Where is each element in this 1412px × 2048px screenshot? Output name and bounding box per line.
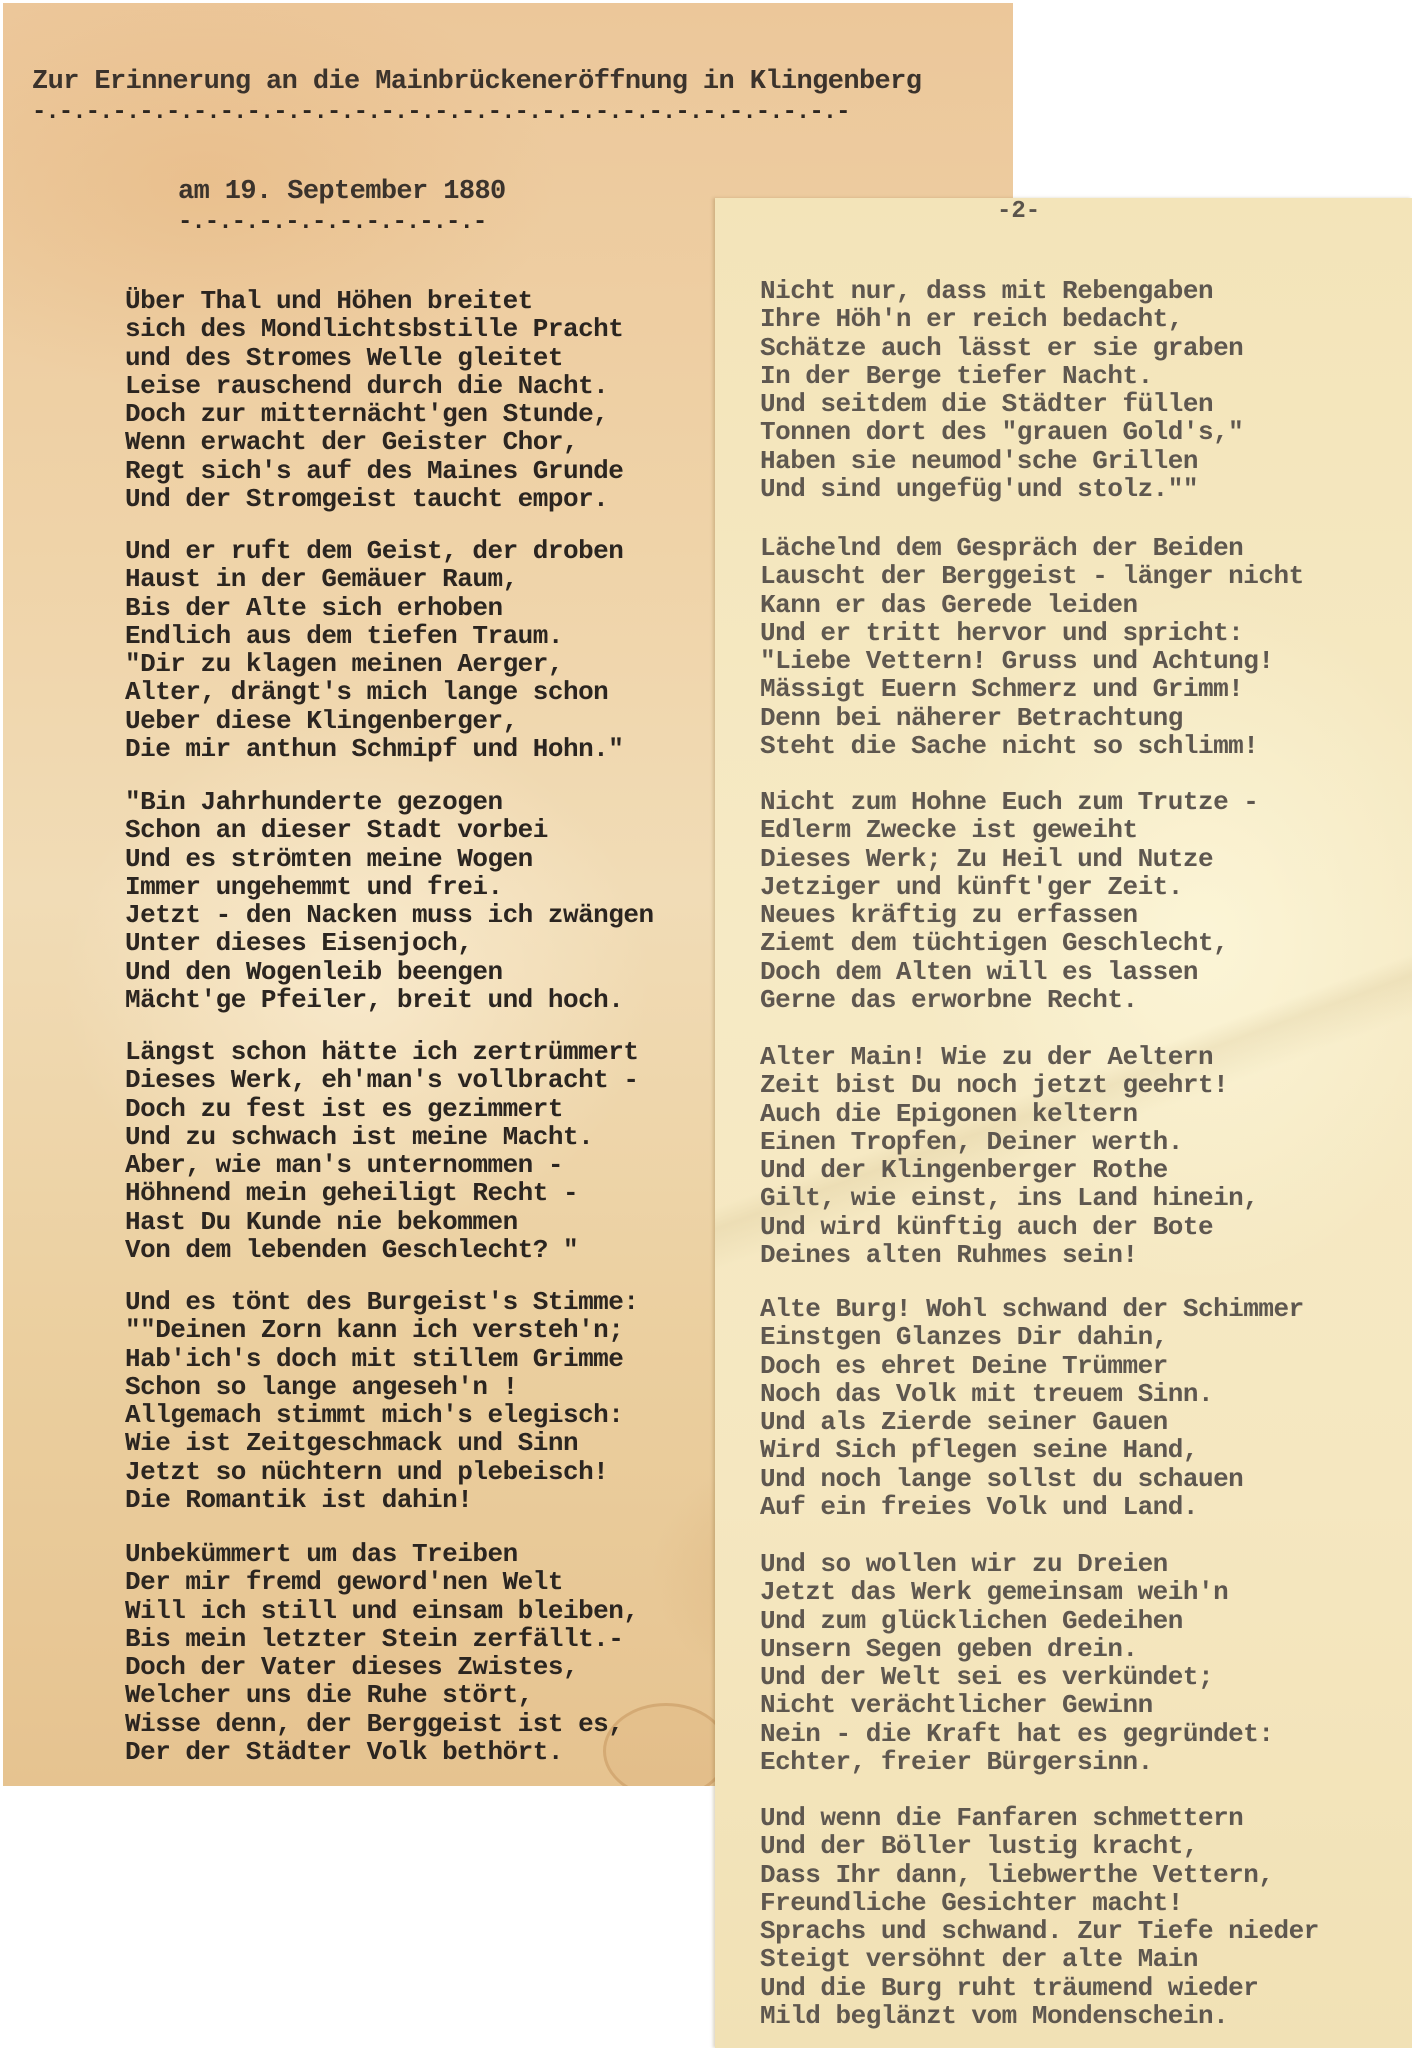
verse-line: Und wird künftig auch der Bote: [760, 1213, 1258, 1241]
verse-line: Längst schon hätte ich zertrümmert: [125, 1038, 639, 1066]
verse-line: Und zum glücklichen Gedeihen: [760, 1607, 1274, 1635]
verse-line: Steht die Sache nicht so schlimm!: [760, 732, 1304, 760]
verse-line: Die mir anthun Schmipf und Hohn.": [125, 735, 623, 763]
verse-line: Echter, freier Bürgersinn.: [760, 1748, 1274, 1776]
verse-line: Endlich aus dem tiefen Traum.: [125, 622, 623, 650]
verse-line: Aber, wie man's unternommen -: [125, 1151, 639, 1179]
verse-line: Und der Welt sei es verkündet;: [760, 1663, 1274, 1691]
stanza: Nicht zum Hohne Euch zum Trutze -Edlerm …: [760, 788, 1258, 1014]
verse-line: Mild beglänzt vom Mondenschein.: [760, 2002, 1319, 2030]
verse-line: Über Thal und Höhen breitet: [125, 287, 623, 315]
verse-line: Nein - die Kraft hat es gegründet:: [760, 1720, 1274, 1748]
verse-line: Der mir fremd geword'nen Welt: [125, 1568, 639, 1596]
date-line: am 19. September 1880: [178, 177, 506, 207]
stanza: Und wenn die Fanfaren schmetternUnd der …: [760, 1804, 1319, 2030]
verse-line: Bis der Alte sich erhoben: [125, 594, 623, 622]
verse-line: Und der Stromgeist taucht empor.: [125, 485, 623, 513]
verse-line: Unsern Segen geben drein.: [760, 1635, 1274, 1663]
verse-line: Steigt versöhnt der alte Main: [760, 1945, 1319, 1973]
verse-line: Unbekümmert um das Treiben: [125, 1540, 639, 1568]
verse-line: und des Stromes Welle gleitet: [125, 344, 623, 372]
verse-line: Deines alten Ruhmes sein!: [760, 1241, 1258, 1269]
verse-line: Regt sich's auf des Maines Grunde: [125, 457, 623, 485]
verse-line: sich des Mondlichtsbstille Pracht: [125, 315, 623, 343]
verse-line: Und es strömten meine Wogen: [125, 845, 654, 873]
verse-line: Allgemach stimmt mich's elegisch:: [125, 1401, 639, 1429]
verse-line: Schätze auch lässt er sie graben: [760, 334, 1243, 362]
stanza: "Bin Jahrhunderte gezogenSchon an dieser…: [125, 788, 654, 1014]
verse-line: Und der Klingenberger Rothe: [760, 1156, 1258, 1184]
verse-line: Alter Main! Wie zu der Aeltern: [760, 1043, 1258, 1071]
verse-line: Jetzt das Werk gemeinsam weih'n: [760, 1578, 1274, 1606]
verse-line: Bis mein letzter Stein zerfällt.-: [125, 1625, 639, 1653]
verse-line: Gilt, wie einst, ins Land hinein,: [760, 1184, 1258, 1212]
verse-line: Lauscht der Berggeist - länger nicht: [760, 562, 1304, 590]
verse-line: Einstgen Glanzes Dir dahin,: [760, 1323, 1304, 1351]
verse-line: Einen Tropfen, Deiner werth.: [760, 1128, 1258, 1156]
verse-line: Hab'ich's doch mit stillem Grimme: [125, 1345, 639, 1373]
verse-line: Mächt'ge Pfeiler, breit und hoch.: [125, 986, 654, 1014]
verse-line: Und der Böller lustig kracht,: [760, 1832, 1319, 1860]
verse-line: Dieses Werk, eh'man's vollbracht -: [125, 1066, 639, 1094]
verse-line: Kann er das Gerede leiden: [760, 591, 1304, 619]
stanza: Nicht nur, dass mit RebengabenIhre Höh'n…: [760, 277, 1243, 503]
verse-line: Schon so lange angeseh'n !: [125, 1373, 639, 1401]
verse-line: Wird Sich pflegen seine Hand,: [760, 1436, 1304, 1464]
verse-line: Edlerm Zwecke ist geweiht: [760, 816, 1258, 844]
verse-line: In der Berge tiefer Nacht.: [760, 362, 1243, 390]
stanza: Und es tönt des Burgeist's Stimme:""Dein…: [125, 1288, 639, 1514]
verse-line: Unter dieses Eisenjoch,: [125, 929, 654, 957]
verse-line: Jetziger und künft'ger Zeit.: [760, 873, 1258, 901]
verse-line: "Liebe Vettern! Gruss und Achtung!: [760, 647, 1304, 675]
verse-line: Wie ist Zeitgeschmack und Sinn: [125, 1429, 639, 1457]
verse-line: Und seitdem die Städter füllen: [760, 390, 1243, 418]
verse-line: Höhnend mein geheiligt Recht -: [125, 1179, 639, 1207]
verse-line: "Bin Jahrhunderte gezogen: [125, 788, 654, 816]
document-title: Zur Erinnerung an die Mainbrückeneröffnu…: [32, 67, 921, 97]
verse-line: Denn bei näherer Betrachtung: [760, 704, 1304, 732]
page-number: -2-: [997, 198, 1040, 225]
verse-line: Wisse denn, der Berggeist ist es,: [125, 1710, 639, 1738]
verse-line: Mässigt Euern Schmerz und Grimm!: [760, 675, 1304, 703]
stanza: Über Thal und Höhen breitetsich des Mond…: [125, 287, 623, 513]
verse-line: Nicht verächtlicher Gewinn: [760, 1691, 1274, 1719]
verse-line: Nicht zum Hohne Euch zum Trutze -: [760, 788, 1258, 816]
verse-line: Und wenn die Fanfaren schmettern: [760, 1804, 1319, 1832]
verse-line: Ihre Höh'n er reich bedacht,: [760, 305, 1243, 333]
stanza: Und er ruft dem Geist, der drobenHaust i…: [125, 537, 623, 763]
verse-line: Noch das Volk mit treuem Sinn.: [760, 1380, 1304, 1408]
verse-line: Ueber diese Klingenberger,: [125, 707, 623, 735]
title-dot-dash-rule: -.-.-.-.-.-.-.-.-.-.-.-.-.-.-.-.-.-.-.-.…: [32, 99, 850, 126]
verse-line: Jetzt - den Nacken muss ich zwängen: [125, 901, 654, 929]
verse-line: Sprachs und schwand. Zur Tiefe nieder: [760, 1917, 1319, 1945]
verse-line: Lächelnd dem Gespräch der Beiden: [760, 534, 1304, 562]
stanza: Alte Burg! Wohl schwand der SchimmerEins…: [760, 1295, 1304, 1521]
verse-line: "Dir zu klagen meinen Aerger,: [125, 650, 623, 678]
stanza: Längst schon hätte ich zertrümmertDieses…: [125, 1038, 639, 1264]
verse-line: Welcher uns die Ruhe stört,: [125, 1681, 639, 1709]
verse-line: Neues kräftig zu erfassen: [760, 901, 1258, 929]
verse-line: Und so wollen wir zu Dreien: [760, 1550, 1274, 1578]
verse-line: Alter, drängt's mich lange schon: [125, 678, 623, 706]
date-dot-dash-rule: -.-.-.-.-.-.-.-.-.-.-.-: [178, 209, 486, 236]
stanza: Und so wollen wir zu DreienJetzt das Wer…: [760, 1550, 1274, 1776]
verse-line: Nicht nur, dass mit Rebengaben: [760, 277, 1243, 305]
verse-line: Und sind ungefüg'und stolz."": [760, 475, 1243, 503]
verse-line: Und zu schwach ist meine Macht.: [125, 1123, 639, 1151]
verse-line: ""Deinen Zorn kann ich versteh'n;: [125, 1316, 639, 1344]
verse-line: Und es tönt des Burgeist's Stimme:: [125, 1288, 639, 1316]
verse-line: Die Romantik ist dahin!: [125, 1486, 639, 1514]
verse-line: Schon an dieser Stadt vorbei: [125, 816, 654, 844]
verse-line: Dass Ihr dann, liebwerthe Vettern,: [760, 1861, 1319, 1889]
verse-line: Haust in der Gemäuer Raum,: [125, 565, 623, 593]
verse-line: Jetzt so nüchtern und plebeisch!: [125, 1458, 639, 1486]
verse-line: Doch zu fest ist es gezimmert: [125, 1095, 639, 1123]
verse-line: Und den Wogenleib beengen: [125, 958, 654, 986]
stanza: Unbekümmert um das TreibenDer mir fremd …: [125, 1540, 639, 1766]
verse-line: Freundliche Gesichter macht!: [760, 1889, 1319, 1917]
verse-line: Zeit bist Du noch jetzt geehrt!: [760, 1071, 1258, 1099]
verse-line: Dieses Werk; Zu Heil und Nutze: [760, 845, 1258, 873]
verse-line: Und die Burg ruht träumend wieder: [760, 1974, 1319, 2002]
verse-line: Leise rauschend durch die Nacht.: [125, 372, 623, 400]
stanza: Lächelnd dem Gespräch der BeidenLauscht …: [760, 534, 1304, 760]
stanza: Alter Main! Wie zu der AelternZeit bist …: [760, 1043, 1258, 1269]
verse-line: Ziemt dem tüchtigen Geschlecht,: [760, 929, 1258, 957]
verse-line: Auf ein freies Volk und Land.: [760, 1493, 1304, 1521]
verse-line: Immer ungehemmt und frei.: [125, 873, 654, 901]
verse-line: Und als Zierde seiner Gauen: [760, 1408, 1304, 1436]
verse-line: Will ich still und einsam bleiben,: [125, 1597, 639, 1625]
verse-line: Und er ruft dem Geist, der droben: [125, 537, 623, 565]
typewritten-page-2: -2- Nicht nur, dass mit RebengabenIhre H…: [715, 198, 1412, 2048]
verse-line: Auch die Epigonen keltern: [760, 1100, 1258, 1128]
verse-line: Von dem lebenden Geschlecht? ": [125, 1236, 639, 1264]
verse-line: Doch dem Alten will es lassen: [760, 958, 1258, 986]
verse-line: Haben sie neumod'sche Grillen: [760, 447, 1243, 475]
verse-line: Wenn erwacht der Geister Chor,: [125, 428, 623, 456]
verse-line: Der der Städter Volk bethört.: [125, 1738, 639, 1766]
verse-line: Gerne das erworbne Recht.: [760, 986, 1258, 1014]
verse-line: Und noch lange sollst du schauen: [760, 1465, 1304, 1493]
verse-line: Und er tritt hervor und spricht:: [760, 619, 1304, 647]
verse-line: Doch zur mitternächt'gen Stunde,: [125, 400, 623, 428]
verse-line: Doch es ehret Deine Trümmer: [760, 1352, 1304, 1380]
verse-line: Alte Burg! Wohl schwand der Schimmer: [760, 1295, 1304, 1323]
verse-line: Doch der Vater dieses Zwistes,: [125, 1653, 639, 1681]
verse-line: Hast Du Kunde nie bekommen: [125, 1208, 639, 1236]
verse-line: Tonnen dort des "grauen Gold's,": [760, 418, 1243, 446]
